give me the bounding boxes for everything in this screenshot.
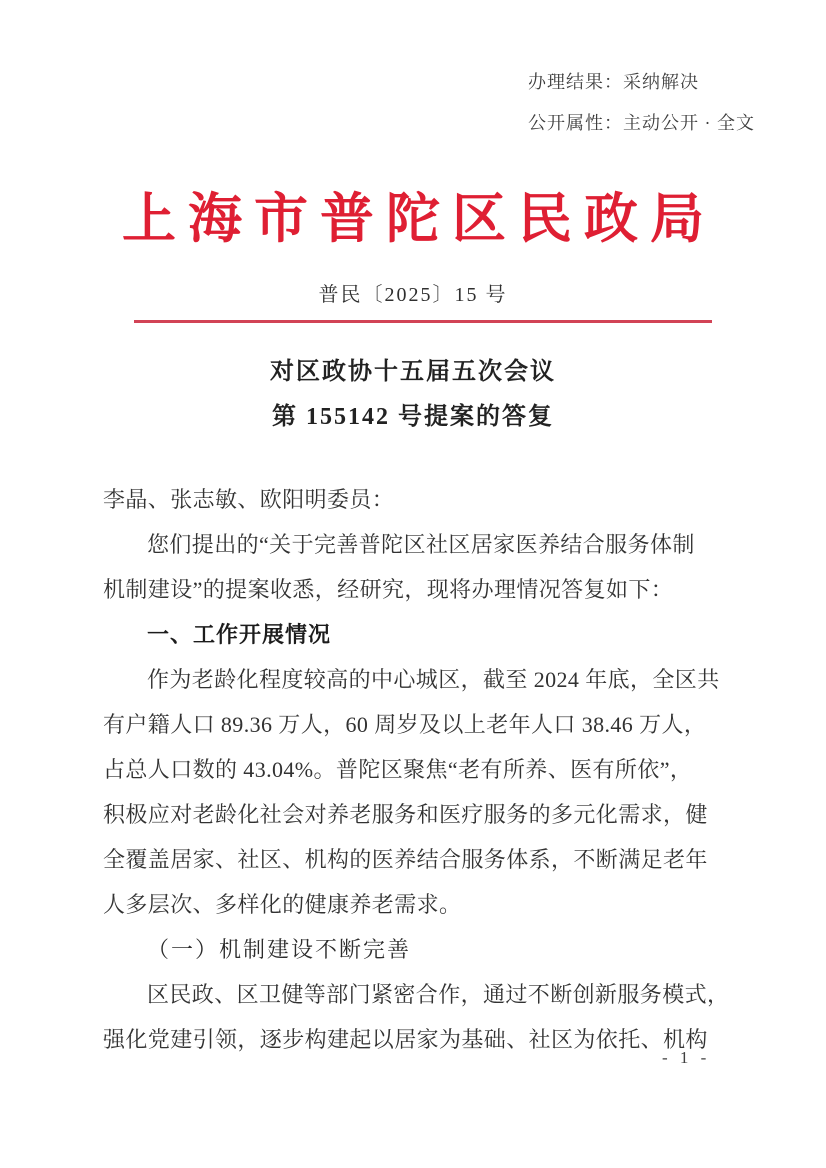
- page-number: - 1 -: [662, 1048, 710, 1068]
- body-text-line: 占总人口数的 43.04%。普陀区聚焦“老有所养、医有所依”，: [103, 747, 731, 792]
- heading2-line: （一）机制建设不断完善: [103, 927, 731, 972]
- document-body: 李晶、张志敏、欧阳明委员：您们提出的“关于完善普陀区社区居家医养结合服务体制机制…: [103, 477, 731, 1062]
- body-text-line: 您们提出的“关于完善普陀区社区居家医养结合服务体制: [103, 522, 731, 567]
- body-text-line: 全覆盖居家、社区、机构的医养结合服务体系，不断满足老年: [103, 837, 731, 882]
- disclosure-attribute-label: 公开属性：主动公开 · 全文: [528, 103, 755, 144]
- body-text-line: 李晶、张志敏、欧阳明委员：: [103, 477, 731, 522]
- body-text-line: 区民政、区卫健等部门紧密合作，通过不断创新服务模式，: [103, 972, 731, 1017]
- document-title-line-1: 对区政协十五届五次会议: [0, 350, 826, 395]
- red-divider-rule: [134, 320, 712, 323]
- document-page: 办理结果：采纳解决 公开属性：主动公开 · 全文 上海市普陀区民政局 普民〔20…: [0, 0, 826, 1168]
- body-text-line: 机制建设”的提案收悉，经研究，现将办理情况答复如下：: [103, 567, 731, 612]
- body-text-line: 作为老龄化程度较高的中心城区，截至 2024 年底，全区共: [103, 657, 731, 702]
- document-title: 对区政协十五届五次会议 第 155142 号提案的答复: [0, 350, 826, 440]
- document-number: 普民〔2025〕15 号: [0, 278, 826, 307]
- handling-result-label: 办理结果：采纳解决: [528, 62, 755, 103]
- heading1-line: 一、工作开展情况: [103, 612, 731, 657]
- body-text-line: 有户籍人口 89.36 万人，60 周岁及以上老年人口 38.46 万人，: [103, 702, 731, 747]
- body-text-line: 积极应对老龄化社会对养老服务和医疗服务的多元化需求，健: [103, 792, 731, 837]
- header-annotations: 办理结果：采纳解决 公开属性：主动公开 · 全文: [528, 62, 755, 144]
- body-text-line: 强化党建引领，逐步构建起以居家为基础、社区为依托、机构: [103, 1017, 731, 1062]
- agency-masthead-title: 上海市普陀区民政局: [0, 176, 826, 253]
- body-text-line: 人多层次、多样化的健康养老需求。: [103, 882, 731, 927]
- document-title-line-2: 第 155142 号提案的答复: [0, 395, 826, 440]
